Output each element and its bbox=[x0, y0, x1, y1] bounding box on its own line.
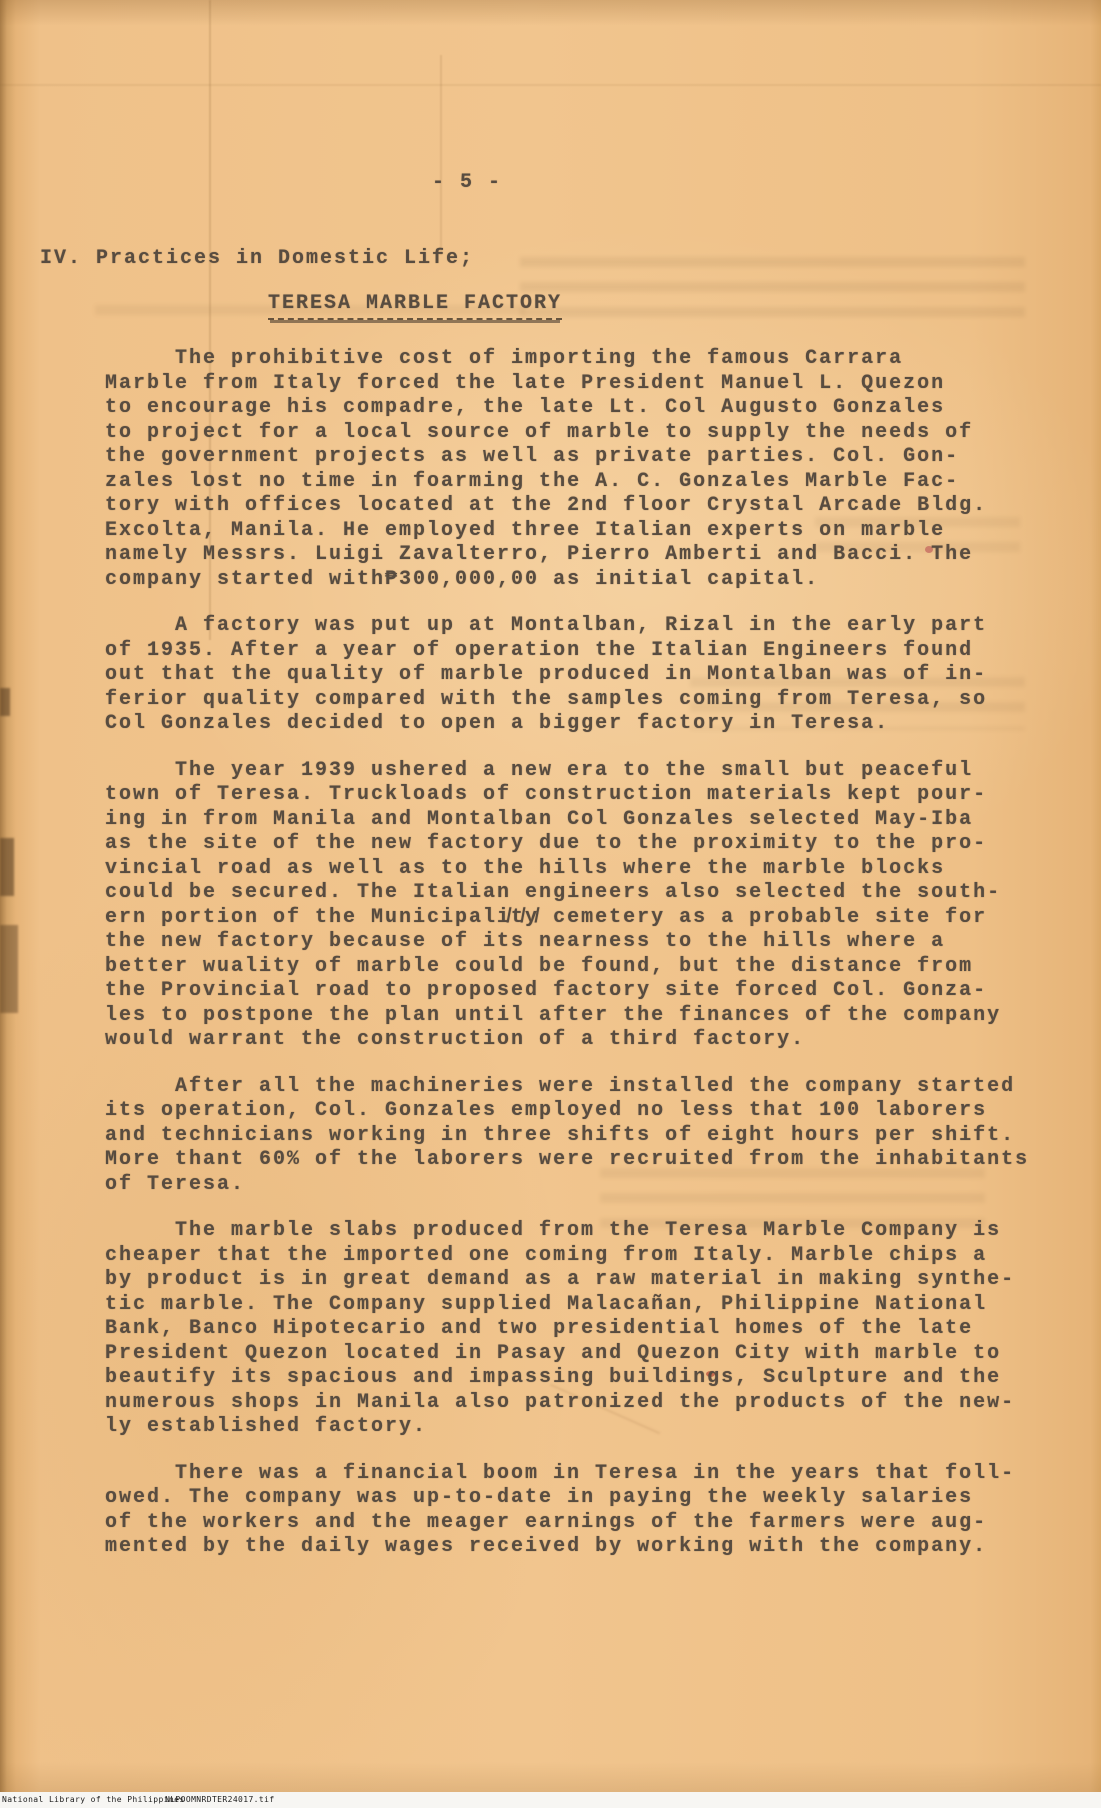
typed-line: les to postpone the plan until after the… bbox=[105, 1004, 1045, 1029]
typed-line: as the site of the new factory due to th… bbox=[105, 832, 1045, 857]
paragraph: After all the machineries were installed… bbox=[105, 1075, 1045, 1198]
typed-line: mented by the daily wages received by wo… bbox=[105, 1535, 1045, 1560]
paper-crease-horizontal bbox=[0, 84, 1101, 86]
footer-filename: NLPOOMNRDTER24017.tif bbox=[165, 1792, 275, 1808]
typed-line: cheaper that the imported one coming fro… bbox=[105, 1244, 1045, 1269]
typed-line: ly established factory. bbox=[105, 1415, 1045, 1440]
typed-line: ern portion of the Municipali̸t̸y̸ cemet… bbox=[105, 906, 1045, 931]
typed-line: zales lost no time in foarming the A. C.… bbox=[105, 470, 1045, 495]
typed-line: Bank, Banco Hipotecario and two presiden… bbox=[105, 1317, 1045, 1342]
typed-line: to encourage his compadre, the late Lt. … bbox=[105, 396, 1045, 421]
typed-line: namely Messrs. Luigi Zavalterro, Pierro … bbox=[105, 543, 1045, 568]
typed-line: out that the quality of marble produced … bbox=[105, 663, 1045, 688]
typed-line: of Teresa. bbox=[105, 1173, 1045, 1198]
paragraph: The year 1939 ushered a new era to the s… bbox=[105, 759, 1045, 1053]
typed-line: town of Teresa. Truckloads of constructi… bbox=[105, 783, 1045, 808]
typed-line: numerous shops in Manila also patronized… bbox=[105, 1391, 1045, 1416]
typed-line: Col Gonzales decided to open a bigger fa… bbox=[105, 712, 1045, 737]
typed-line: company started with₱300,000,00 as initi… bbox=[105, 568, 1045, 593]
typed-line: More thant 60% of the laborers were recr… bbox=[105, 1148, 1045, 1173]
typed-line: Excolta, Manila. He employed three Itali… bbox=[105, 519, 1045, 544]
paper-edge-mark bbox=[0, 688, 10, 716]
scanned-document-page: - 5 - IV. Practices in Domestic Life; TE… bbox=[0, 0, 1101, 1808]
typed-line: vincial road as well as to the hills whe… bbox=[105, 857, 1045, 882]
typed-line: would warrant the construction of a thir… bbox=[105, 1028, 1045, 1053]
typed-line: of the workers and the meager earnings o… bbox=[105, 1511, 1045, 1536]
typed-line: A factory was put up at Montalban, Rizal… bbox=[105, 614, 1045, 639]
typed-line: the government projects as well as priva… bbox=[105, 445, 1045, 470]
typed-line: the Provincial road to proposed factory … bbox=[105, 979, 1045, 1004]
typed-line: the new factory because of its nearness … bbox=[105, 930, 1045, 955]
paragraph: The marble slabs produced from the Teres… bbox=[105, 1219, 1045, 1440]
typed-line: by product is in great demand as a raw m… bbox=[105, 1268, 1045, 1293]
document-title: TERESA MARBLE FACTORY bbox=[268, 292, 562, 320]
typed-line: of 1935. After a year of operation the I… bbox=[105, 639, 1045, 664]
typed-line: The marble slabs produced from the Teres… bbox=[105, 1219, 1045, 1244]
typed-line: There was a financial boom in Teresa in … bbox=[105, 1462, 1045, 1487]
footer-library-label: National Library of the Philippines bbox=[2, 1792, 185, 1808]
typed-line: Marble from Italy forced the late Presid… bbox=[105, 372, 1045, 397]
typed-line: owed. The company was up-to-date in payi… bbox=[105, 1486, 1045, 1511]
typed-line: and technicians working in three shifts … bbox=[105, 1124, 1045, 1149]
typed-line: After all the machineries were installed… bbox=[105, 1075, 1045, 1100]
paper-crease-vertical bbox=[440, 55, 442, 255]
ink-bleed-through bbox=[520, 252, 1025, 332]
typed-line: ing in from Manila and Montalban Col Gon… bbox=[105, 808, 1045, 833]
typed-line: better wuality of marble could be found,… bbox=[105, 955, 1045, 980]
typed-line: The year 1939 ushered a new era to the s… bbox=[105, 759, 1045, 784]
typed-line: its operation, Col. Gonzales employed no… bbox=[105, 1099, 1045, 1124]
typed-line: could be secured. The Italian engineers … bbox=[105, 881, 1045, 906]
typed-line: tory with offices located at the 2nd flo… bbox=[105, 494, 1045, 519]
typed-line: to project for a local source of marble … bbox=[105, 421, 1045, 446]
paragraph: A factory was put up at Montalban, Rizal… bbox=[105, 614, 1045, 737]
section-heading: IV. Practices in Domestic Life; bbox=[40, 247, 474, 270]
paragraph: The prohibitive cost of importing the fa… bbox=[105, 347, 1045, 592]
page-number: - 5 - bbox=[432, 171, 502, 194]
typed-line: beautify its spacious and impassing buil… bbox=[105, 1366, 1045, 1391]
paragraph: There was a financial boom in Teresa in … bbox=[105, 1462, 1045, 1560]
typed-line: President Quezon located in Pasay and Qu… bbox=[105, 1342, 1045, 1367]
typed-line: The prohibitive cost of importing the fa… bbox=[105, 347, 1045, 372]
scan-footer-bar: National Library of the Philippines NLPO… bbox=[0, 1792, 1101, 1808]
typed-body: The prohibitive cost of importing the fa… bbox=[105, 347, 1045, 1582]
paper-edge-mark bbox=[0, 838, 14, 896]
typed-line: ferior quality compared with the samples… bbox=[105, 688, 1045, 713]
typed-line: tic marble. The Company supplied Malacañ… bbox=[105, 1293, 1045, 1318]
paper-edge-mark bbox=[0, 925, 18, 1013]
